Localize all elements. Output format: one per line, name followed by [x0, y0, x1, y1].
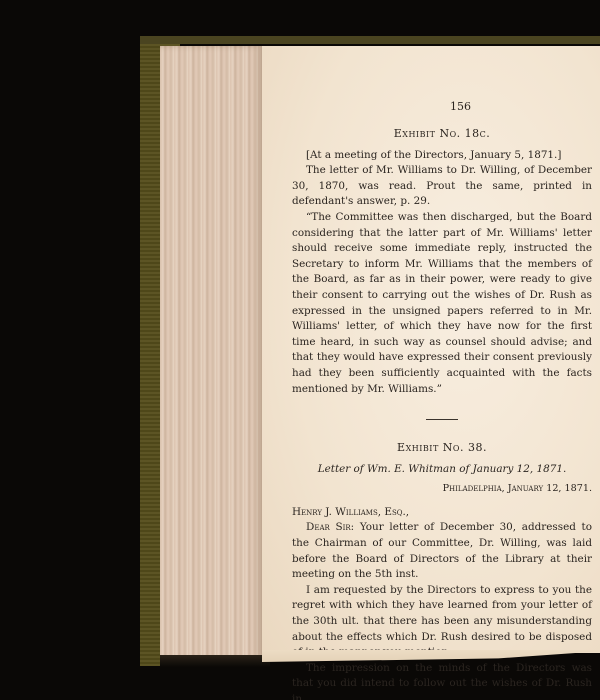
- letter-paragraph-3: The impression on the minds of the Direc…: [292, 661, 592, 700]
- page-text: Exhibit No. 18c. [At a meeting of the Di…: [292, 46, 592, 700]
- page-edges-shadow: [160, 655, 270, 667]
- letter-salutation: Dear Sir:: [306, 521, 354, 533]
- meeting-note: [At a meeting of the Directors, January …: [292, 148, 592, 164]
- letter-subtitle: Letter of Wm. E. Whitman of January 12, …: [292, 462, 592, 478]
- letter-paragraph-2: I am requested by the Directors to expre…: [292, 583, 592, 661]
- letter-addressee: Henry J. Williams, Esq.,: [292, 505, 592, 521]
- exhibit-18c-heading: Exhibit No. 18c.: [292, 126, 592, 142]
- book-page: 156 Exhibit No. 18c. [At a meeting of th…: [262, 46, 600, 653]
- exhibit-38-heading: Exhibit No. 38.: [292, 440, 592, 456]
- book-cover-top-edge: [140, 36, 600, 44]
- page-edges: [160, 46, 262, 660]
- exhibit-18c-paragraph-2: “The Committee was then discharged, but …: [292, 210, 592, 397]
- exhibit-18c-paragraph-1: The letter of Mr. Williams to Dr. Willin…: [292, 163, 592, 210]
- letter-paragraph-1: Dear Sir: Your letter of December 30, ad…: [292, 520, 592, 582]
- letter-dateline: Philadelphia, January 12, 1871.: [292, 481, 592, 497]
